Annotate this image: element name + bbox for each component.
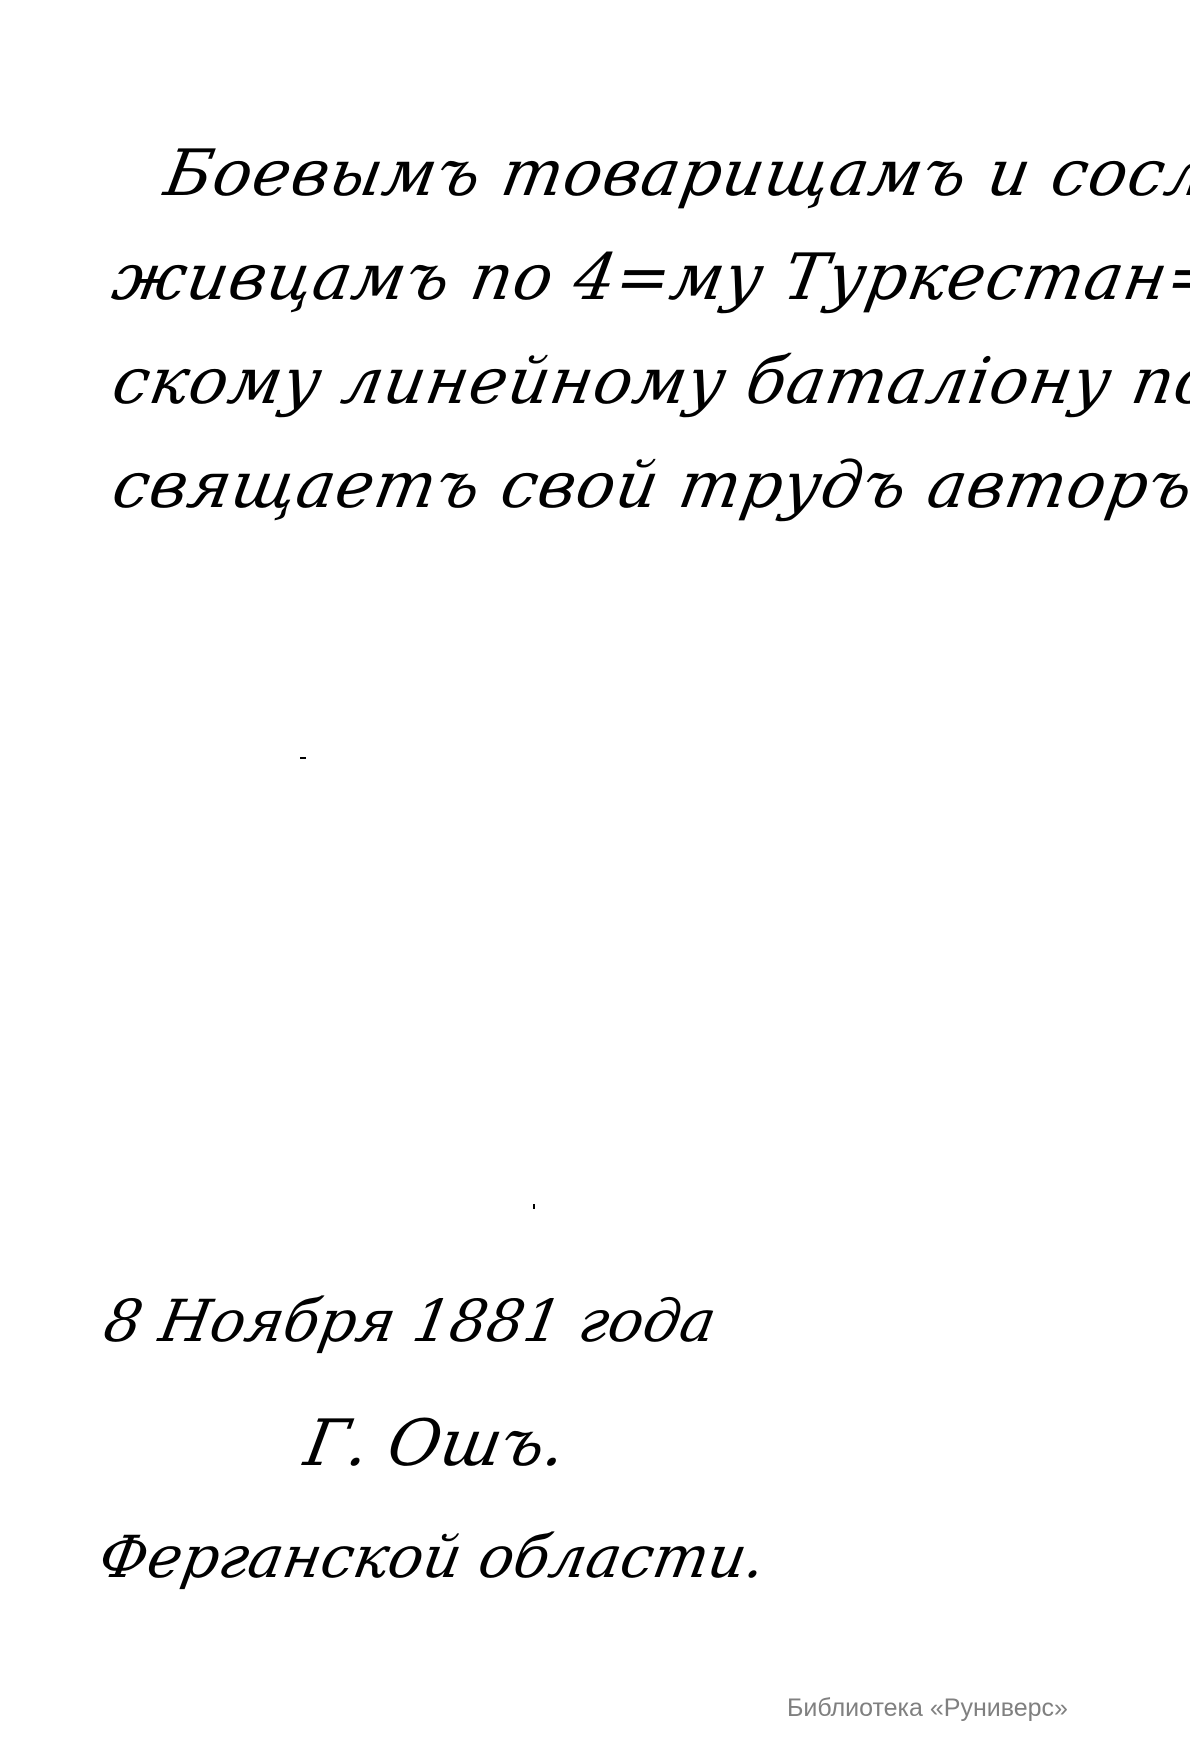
library-watermark: Библиотека «Руниверс» [787,1694,1068,1723]
dedication-line-2: живцамъ по 4=му Туркестан= [108,246,1190,310]
signature-date: 8 Ноября 1881 года [100,1292,720,1350]
dedication-line-1: Боевымъ товарищамъ и сослу= [160,142,1190,206]
dedication-line-4: свящаетъ свой трудъ авторъ. [108,454,1190,518]
signature-place: Г. Ошъ. [300,1412,570,1476]
print-speck [300,757,306,759]
print-speck [533,1204,535,1209]
dedication-line-3: скому линейному баталіону по= [108,350,1190,414]
document-page: Боевымъ товарищамъ и сослу= живцамъ по 4… [0,0,1190,1747]
signature-region: Ферганской области. [95,1528,770,1586]
